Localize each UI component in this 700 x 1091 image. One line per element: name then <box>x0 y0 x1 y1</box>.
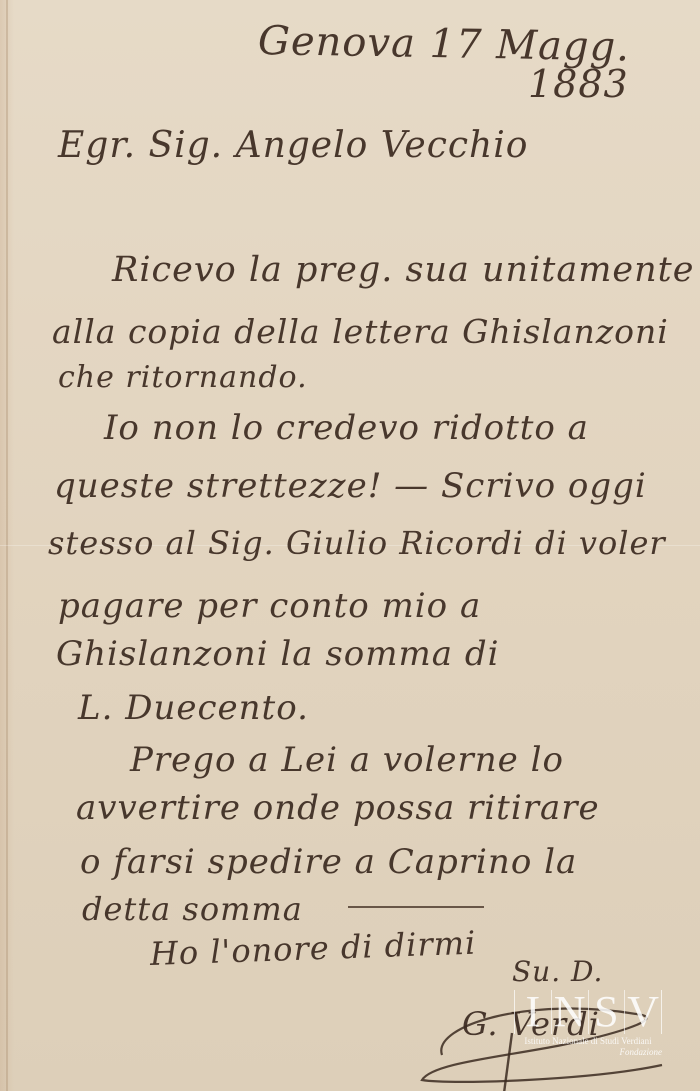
body-line: avvertire onde possa ritirare <box>76 788 600 828</box>
letter-sheet: Genova 17 Magg. 1883 Egr. Sig. Angelo Ve… <box>0 0 700 1091</box>
body-line: o farsi spedire a Caprino la <box>80 842 577 882</box>
letter-closing-suffix: Su. D. <box>512 955 603 988</box>
body-line: queste strettezze! — Scrivo oggi <box>54 466 647 506</box>
body-line: Ghislanzoni la somma di <box>56 634 499 674</box>
watermark-institution: Istituto Nazionale di Studi Verdiani <box>514 1036 662 1047</box>
letter-closing: Ho l'onore di dirmi <box>149 924 477 973</box>
watermark-letter: I <box>515 990 552 1034</box>
letter-salutation: Egr. Sig. Angelo Vecchio <box>58 125 528 166</box>
body-line: alla copia della lettera Ghislanzoni <box>52 312 669 351</box>
body-line: Ricevo la preg. sua unitamente <box>112 250 694 290</box>
letter-year: 1883 <box>528 62 629 106</box>
watermark-letter: S <box>589 990 626 1034</box>
insv-watermark: I N S V Istituto Nazionale di Studi Verd… <box>514 990 662 1057</box>
body-line: che ritornando. <box>58 360 308 395</box>
watermark-letters: I N S V <box>514 990 662 1034</box>
watermark-letter: N <box>552 990 589 1034</box>
body-line: detta somma <box>82 890 303 928</box>
body-line: pagare per conto mio a <box>58 586 481 626</box>
closing-dash <box>348 906 484 908</box>
body-line: Prego a Lei a volerne lo <box>130 740 564 780</box>
body-line: Io non lo credevo ridotto a <box>104 408 589 448</box>
watermark-foundation: Fondazione <box>514 1047 662 1057</box>
body-line: stesso al Sig. Giulio Ricordi di voler <box>48 524 666 562</box>
watermark-letter: V <box>625 990 661 1034</box>
body-line: L. Duecento. <box>78 688 309 728</box>
